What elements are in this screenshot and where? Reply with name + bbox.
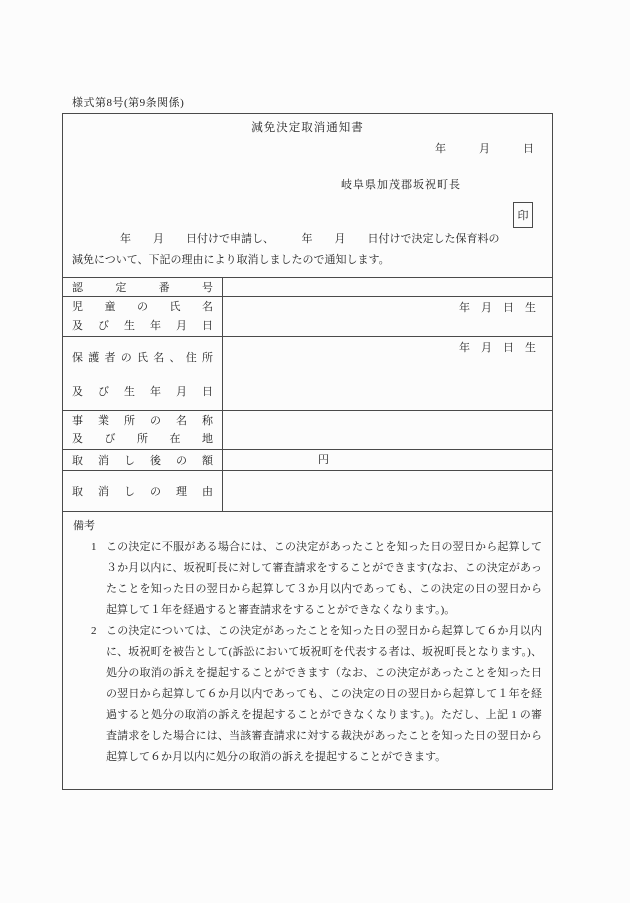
field-label-certification-number: 認定番号 xyxy=(63,278,223,296)
issuer-name: 岐阜県加茂郡坂祝町長 xyxy=(341,176,461,192)
field-row-child-name: 児童の氏名 及び生年月日 年 月 日 生 xyxy=(63,297,552,337)
notice-frame: 減免決定取消通知書 年 月 日 岐阜県加茂郡坂祝町長 印 年 月 日付けで申請し… xyxy=(62,113,553,790)
remarks-section: 備考 1 この決定に不服がある場合には、この決定があったことを知った日の翌日から… xyxy=(63,512,552,789)
field-value-business-name xyxy=(223,411,552,449)
notice-body-line1: 年 月 日付けで申請し、 年 月 日付けで決定した保育料の xyxy=(72,229,543,250)
field-value-amount-after-cancellation: 円 xyxy=(223,450,552,470)
field-label-guardian-name: 保護者の氏名、住所 及び生年月日 xyxy=(63,337,223,410)
remarks-item-2-text: この決定については、この決定があったことを知った日の翌日から起算して６か月以内に… xyxy=(106,621,542,768)
remarks-item-2: 2 この決定については、この決定があったことを知った日の翌日から起算して６か月以… xyxy=(73,621,542,768)
notice-body-line2: 減免について、下記の理由により取消しましたので通知します。 xyxy=(72,250,543,271)
field-row-business-name: 事業所の名称 及び所在地 xyxy=(63,411,552,450)
field-row-guardian-name: 保護者の氏名、住所 及び生年月日 年 月 日 生 xyxy=(63,337,552,411)
remarks-item-1: 1 この決定に不服がある場合には、この決定があったことを知った日の翌日から起算し… xyxy=(73,537,542,621)
form-number: 様式第8号(第9条関係) xyxy=(72,94,184,110)
remarks-heading: 備考 xyxy=(73,516,542,537)
issue-date-blank: 年 月 日 xyxy=(63,140,552,156)
field-value-guardian-name: 年 月 日 生 xyxy=(223,337,552,410)
field-value-cancellation-reason xyxy=(223,471,552,511)
field-label-child-name: 児童の氏名 及び生年月日 xyxy=(63,297,223,336)
document-title: 減免決定取消通知書 xyxy=(63,119,552,135)
fields-table: 認定番号 児童の氏名 及び生年月日 年 月 日 生 保護者の氏名、住所 及び生年… xyxy=(63,277,552,512)
field-row-certification-number: 認定番号 xyxy=(63,278,552,297)
field-value-certification-number xyxy=(223,278,552,296)
field-value-child-name: 年 月 日 生 xyxy=(223,297,552,336)
document-page: 様式第8号(第9条関係) 減免決定取消通知書 年 月 日 岐阜県加茂郡坂祝町長 … xyxy=(0,0,630,903)
seal-mark: 印 xyxy=(518,207,529,223)
remarks-item-1-text: この決定に不服がある場合には、この決定があったことを知った日の翌日から起算して３… xyxy=(106,537,542,621)
guardian-birthdate-blank: 年 月 日 生 xyxy=(223,337,552,357)
notice-header: 減免決定取消通知書 年 月 日 岐阜県加茂郡坂祝町長 印 年 月 日付けで申請し… xyxy=(63,114,552,277)
field-label-business-name: 事業所の名称 及び所在地 xyxy=(63,411,223,449)
notice-body-text: 年 月 日付けで申請し、 年 月 日付けで決定した保育料の 減免について、下記の… xyxy=(72,229,543,271)
remarks-item-1-number: 1 xyxy=(73,537,106,621)
field-row-cancellation-reason: 取消しの理由 xyxy=(63,471,552,512)
child-birthdate-blank: 年 月 日 生 xyxy=(223,297,552,317)
field-label-cancellation-reason: 取消しの理由 xyxy=(63,471,223,511)
seal-stamp-box: 印 xyxy=(513,202,533,228)
field-row-amount-after-cancellation: 取消し後の額 円 xyxy=(63,450,552,471)
amount-yen-unit: 円 xyxy=(223,450,552,470)
remarks-item-2-number: 2 xyxy=(73,621,106,768)
field-label-amount-after-cancellation: 取消し後の額 xyxy=(63,450,223,470)
